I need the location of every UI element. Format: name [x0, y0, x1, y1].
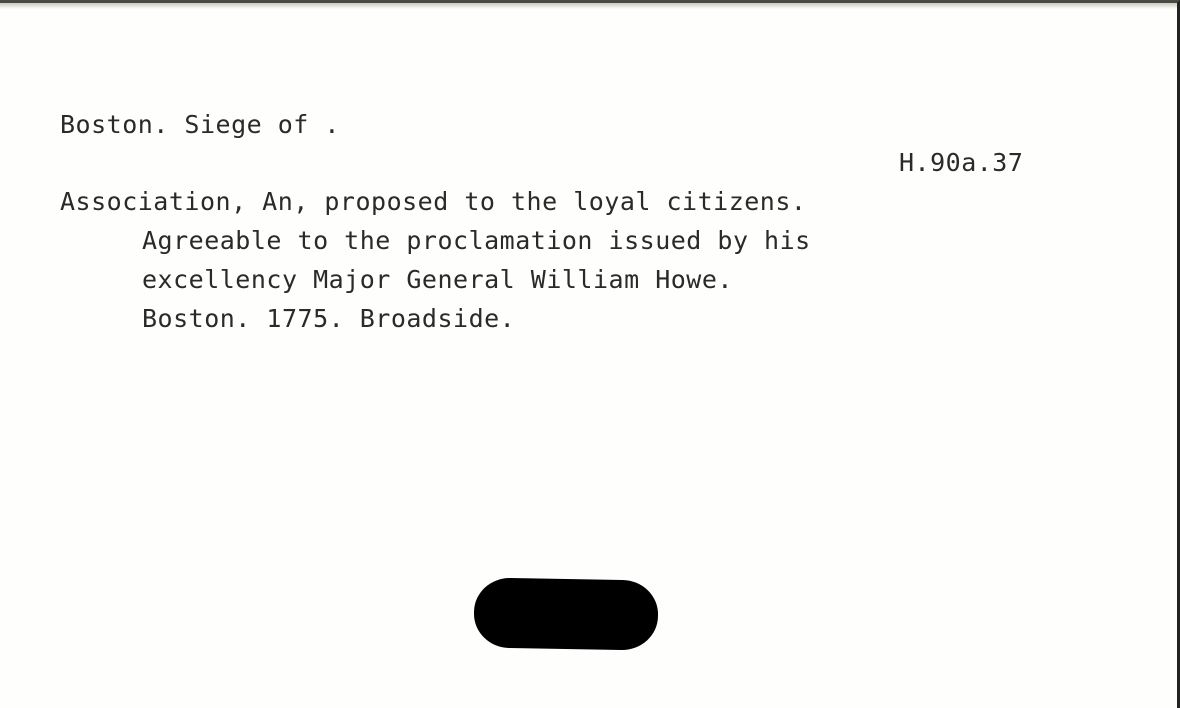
imprint-line: Boston. 1775. Broadside.: [142, 306, 515, 331]
description-line: excellency Major General William Howe.: [142, 267, 733, 292]
description-line: Agreeable to the proclamation issued by …: [142, 228, 811, 253]
title-line: Association, An, proposed to the loyal c…: [60, 189, 806, 214]
redaction-blot: [473, 577, 658, 650]
call-number: H.90a.37: [899, 150, 1023, 175]
subject-heading: Boston. Siege of .: [60, 112, 340, 137]
catalog-card: Boston. Siege of . H.90a.37 Association,…: [0, 0, 1180, 708]
